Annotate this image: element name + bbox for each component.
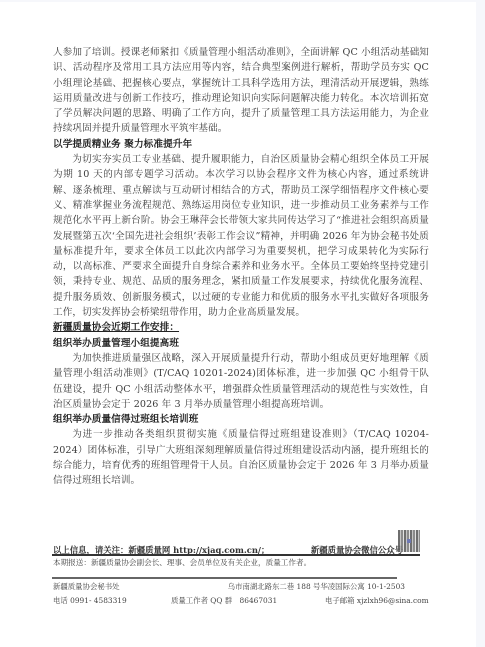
wechat-qr-code-icon <box>398 530 420 552</box>
team-leader-class-text: 为进一步推动各类组织贯彻实施《质量信得过班组建设准则》（T/CAQ 10204-… <box>53 427 429 488</box>
section-heading-standard-year: 以学提质精业务 聚力标准提升年 <box>53 137 429 152</box>
qc-class-text: 为加快推进质量强区战略，深入开展质量提升行动，帮助小组成员更好地理解《质量管理小… <box>53 351 429 412</box>
org-name: 新疆质量协会秘书处 <box>53 581 120 592</box>
email-address: 电子邮箱 xjzlxh96@sina.com <box>325 595 429 606</box>
qq-group: 质量工作者 QQ 群 86467031 <box>171 595 277 606</box>
team-leader-class-title: 组织举办质量信得过班组长培训班 <box>53 412 429 427</box>
footer-divider-bottom <box>52 577 397 579</box>
distribution-list: 本期报送：新疆质量协会副会长、理事、会员单位及有关企业，质量工作者。 <box>53 557 413 568</box>
document-page: 人参加了培训。授课老师紧扣《质量管理小组活动准则》，全面讲解 QC 小组活动基础… <box>0 2 476 647</box>
recent-work-title: 新疆质量协会近期工作安排： <box>53 320 429 335</box>
org-address: 乌市南湖北路东二巷 188 号华凌国际公寓 10-1-2503 <box>228 581 405 592</box>
footer-divider-top <box>52 554 420 556</box>
training-paragraph: 人参加了培训。授课老师紧扣《质量管理小组活动准则》，全面讲解 QC 小组活动基础… <box>53 45 429 137</box>
qc-class-title: 组织举办质量管理小组提高班 <box>53 336 429 351</box>
footer-org-row: 新疆质量协会秘书处 乌市南湖北路东二巷 188 号华凌国际公寓 10-1-250… <box>53 581 405 592</box>
document-body: 人参加了培训。授课老师紧扣《质量管理小组活动准则》，全面讲解 QC 小组活动基础… <box>53 45 429 489</box>
phone-number: 电话 0991- 4583319 <box>53 595 127 606</box>
study-paragraph: 为切实夯实员工专业基础、提升履职能力，自治区质量协会精心组织全体员工开展为期 1… <box>53 152 429 320</box>
